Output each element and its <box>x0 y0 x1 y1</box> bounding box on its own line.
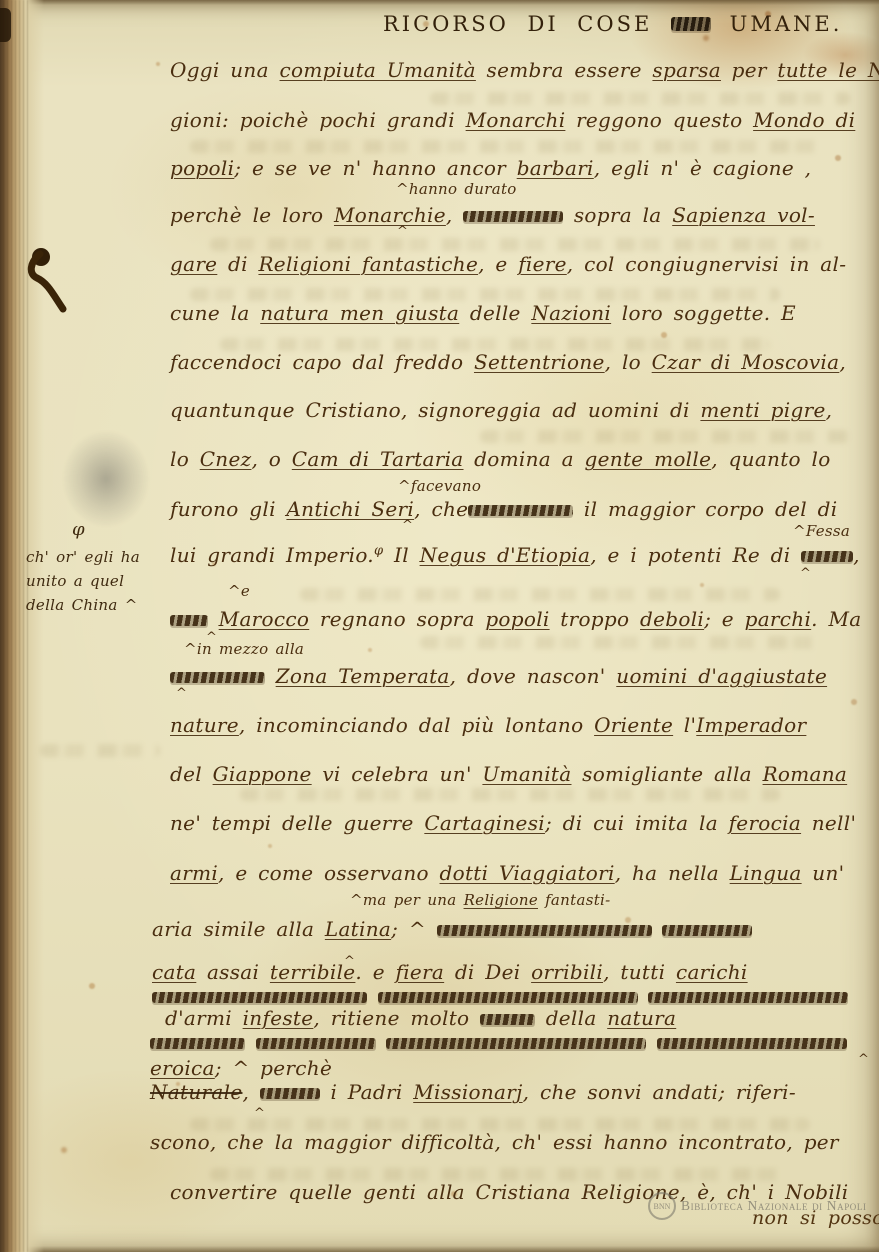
underlined-text: orribili <box>531 960 603 984</box>
text-run: lo <box>170 447 200 471</box>
interline-insertion: ^in mezzo alla <box>184 640 304 658</box>
text-run: ^ <box>397 224 408 239</box>
text-run: ^ <box>800 566 811 581</box>
text-run: , <box>853 543 860 567</box>
text-run: , <box>242 1080 259 1104</box>
text-run: un' <box>802 861 845 885</box>
caret-mark: ^ <box>176 686 187 702</box>
strikeout-scribble <box>152 992 367 1003</box>
manuscript-line: quantunque Cristiano, signoreggia ad uom… <box>170 398 832 422</box>
text-run <box>376 1030 387 1054</box>
text-run: perchè le loro <box>170 203 334 227</box>
manuscript-line: scono, che la maggior difficoltà, ch' es… <box>150 1130 839 1154</box>
manuscript-line: Naturale, i Padri Missionarj, che sonvi … <box>150 1080 796 1104</box>
manuscript-line: Zona Temperata, dove nascon' uomini d'ag… <box>170 664 827 688</box>
ghost-showthrough <box>240 788 780 801</box>
manuscript-line: armi, e come osservano dotti Viaggiatori… <box>170 861 844 885</box>
text-run: . Ma <box>811 607 861 631</box>
text-run <box>208 607 219 631</box>
library-watermark: BNN Biblioteca Nazionale di Napoli <box>648 1192 867 1220</box>
underlined-text: Cnez <box>200 447 252 471</box>
interline-insertion: ^e <box>228 582 250 600</box>
text-run <box>646 1030 657 1054</box>
text-run: del <box>170 762 213 786</box>
text-run: Il <box>383 543 419 567</box>
text-run: troppo <box>550 607 640 631</box>
ghost-showthrough <box>190 288 780 301</box>
text-run: aria simile alla <box>152 917 325 941</box>
text-run: , lo <box>605 350 652 374</box>
text-run: , e <box>478 252 518 276</box>
underlined-text: natura <box>607 1006 676 1030</box>
text-run: quantunque Cristiano, signoreggia ad uom… <box>170 398 700 422</box>
manuscript-line: nature, incominciando dal più lontano Or… <box>170 713 806 737</box>
text-run: ne' tempi delle guerre <box>170 811 424 835</box>
underlined-text: Oriente <box>594 713 673 737</box>
manuscript-line: faccendoci capo dal freddo Settentrione,… <box>170 350 846 374</box>
text-run: ch' or' egli ha <box>26 548 140 566</box>
text-run: sopra la <box>563 203 672 227</box>
text-run: gioni: poichè pochi grandi <box>170 108 466 132</box>
underlined-text: parchi <box>745 607 812 631</box>
strikeout-scribble <box>437 925 652 936</box>
underlined-text: Zona Temperata <box>276 664 450 688</box>
graphite-smudge <box>62 430 150 528</box>
text-run: , o <box>251 447 291 471</box>
page-bottom-edge <box>0 1246 879 1252</box>
underlined-text: Giappone <box>213 762 312 786</box>
text-run <box>265 664 276 688</box>
underlined-text: Missionarj <box>413 1080 522 1104</box>
foxing-spots <box>0 0 4 4</box>
text-run: ^in mezzo alla <box>184 640 304 658</box>
strikeout-scribble <box>480 1014 535 1025</box>
text-run: delle <box>459 301 531 325</box>
underlined-text: natura men giusta <box>260 301 459 325</box>
strikeout-scribble <box>150 1038 245 1049</box>
text-run: , col congiugnervisi in al- <box>567 252 847 276</box>
underlined-text: Antichi Seri <box>286 497 414 521</box>
struck-text: Naturale <box>150 1080 242 1104</box>
text-run: regnano sopra <box>309 607 485 631</box>
text-run: sembra essere <box>476 58 653 82</box>
underlined-text: fiera <box>396 960 445 984</box>
underlined-text: gente molle <box>585 447 712 471</box>
margin-phi: φ <box>72 519 85 541</box>
text-run: φ <box>72 519 85 540</box>
manuscript-line: gare di Religioni fantastiche, e fiere, … <box>170 252 846 276</box>
text-run: loro soggette. E <box>611 301 796 325</box>
underlined-text: eroica <box>150 1056 215 1080</box>
strikeout-scribble <box>801 551 853 562</box>
underlined-text: Umanità <box>482 762 571 786</box>
text-run: , dove nascon' <box>450 664 617 688</box>
ink-blot <box>26 246 78 330</box>
text-run: per <box>721 58 777 82</box>
text-run: , e i potenti Re di <box>590 543 801 567</box>
text-run: , quanto lo <box>711 447 830 471</box>
underlined-text: carichi <box>676 960 748 984</box>
manuscript-line: cune la natura men giusta delle Nazioni … <box>170 301 796 325</box>
manuscript-line: furono gli Antichi Seri, che il maggior … <box>170 497 837 521</box>
manuscript-line: d'armi infeste, ritiene molto della natu… <box>165 1006 676 1030</box>
margin-note: ch' or' egli ha <box>26 548 140 566</box>
strikeout-scribble <box>657 1038 847 1049</box>
underlined-text: Nazioni <box>531 301 611 325</box>
text-run <box>245 1030 256 1054</box>
underlined-text: Religione <box>464 891 538 909</box>
corner-mark <box>0 8 11 42</box>
underlined-text: dotti Viaggiatori <box>440 861 615 885</box>
text-run: ^ <box>402 518 413 533</box>
page-title: RICORSO DI COSE UMANE. <box>383 12 842 37</box>
text-run: ^e <box>228 582 250 600</box>
underlined-text: uomini d'aggiustate <box>616 664 827 688</box>
text-run: , ritiene molto <box>313 1006 480 1030</box>
text-run: UMANE. <box>711 12 842 36</box>
underlined-text: deboli <box>640 607 704 631</box>
page-top-edge <box>0 0 879 5</box>
strikeout-scribble <box>378 992 638 1003</box>
caret-mark: ^ <box>254 1106 265 1122</box>
text-run: di Dei <box>444 960 531 984</box>
underlined-text: armi <box>170 861 218 885</box>
strikeout-scribble <box>463 211 563 222</box>
margin-note: unito a quel <box>26 572 124 590</box>
underlined-text: Religioni fantastiche <box>258 252 478 276</box>
underlined-text: menti pigre <box>700 398 825 422</box>
underlined-text: Lingua <box>730 861 802 885</box>
page-edge-striations <box>3 0 29 1252</box>
ghost-showthrough <box>190 140 820 153</box>
underlined-text: Cam di Tartaria <box>292 447 464 471</box>
text-run: , ha nella <box>615 861 730 885</box>
strikeout-scribble <box>671 17 711 31</box>
interline-insertion: ^facevano <box>398 477 481 495</box>
text-run: assai <box>196 960 270 984</box>
strikeout-scribble <box>170 672 265 683</box>
text-run: ^ma per una <box>350 891 464 909</box>
text-run: ^ <box>254 1106 265 1121</box>
underlined-text: sparsa <box>652 58 721 82</box>
text-run: d'armi <box>165 1006 243 1030</box>
text-run: domina a <box>464 447 585 471</box>
watermark-logo-icon: BNN <box>648 1192 676 1220</box>
underlined-text: fiere <box>518 252 567 276</box>
manuscript-line: aria simile alla Latina; ^ <box>152 917 752 941</box>
ghost-showthrough <box>40 744 160 757</box>
ghost-showthrough <box>430 92 850 105</box>
text-run: , che <box>414 497 468 521</box>
underlined-text: Settentrione <box>474 350 605 374</box>
text-run: fantasti- <box>538 891 611 909</box>
manuscript-line: cata assai terribile. e fiera di Dei orr… <box>152 960 748 984</box>
underlined-text: Romana <box>763 762 848 786</box>
text-run: ^facevano <box>398 477 481 495</box>
manuscript-line: Oggi una compiuta Umanità sembra essere … <box>170 58 879 82</box>
text-run: , che sonvi andati; riferi- <box>523 1080 796 1104</box>
text-run: cune la <box>170 301 260 325</box>
text-run: , <box>826 398 833 422</box>
margin-note: della China ^ <box>26 596 138 614</box>
text-run: , tutti <box>603 960 676 984</box>
watermark-text: Biblioteca Nazionale di Napoli <box>681 1198 867 1214</box>
underlined-text: ferocia <box>729 811 801 835</box>
underlined-text: Latina <box>325 917 391 941</box>
text-run: unito a quel <box>26 572 124 590</box>
text-run: ; ^ <box>391 917 436 941</box>
text-run: somigliante alla <box>572 762 763 786</box>
text-run: della China ^ <box>26 596 138 614</box>
text-run: φ <box>374 543 383 558</box>
underlined-text: Marocco <box>219 607 310 631</box>
text-run: ; e se ve n' hanno ancor <box>234 156 516 180</box>
manuscript-line: lui grandi Imperio.φ Il Negus d'Etiopia,… <box>170 543 860 567</box>
manuscript-line <box>150 1030 847 1054</box>
strikeout-scribble <box>468 505 573 516</box>
strikeout-scribble <box>648 992 848 1003</box>
underlined-text: infeste <box>243 1006 314 1030</box>
underlined-text: compiuta Umanità <box>280 58 476 82</box>
ghost-showthrough <box>300 588 780 601</box>
underlined-text: gare <box>170 252 217 276</box>
text-run: . e <box>355 960 395 984</box>
text-run: di <box>217 252 258 276</box>
text-run: faccendoci capo dal freddo <box>170 350 474 374</box>
underlined-text: popoli <box>170 156 234 180</box>
underlined-text: Monarchie <box>334 203 446 227</box>
text-run: ^ <box>176 686 187 701</box>
text-run: vi celebra un' <box>312 762 483 786</box>
interline-insertion: ^ma per una Religione fantasti- <box>350 891 611 909</box>
manuscript-line: lo Cnez, o Cam di Tartaria domina a gent… <box>170 447 831 471</box>
strikeout-scribble <box>260 1088 320 1099</box>
text-run: , incominciando dal più lontano <box>239 713 594 737</box>
text-run: scono, che la maggior difficoltà, ch' es… <box>150 1130 839 1154</box>
manuscript-line: eroica; ^ perchè <box>150 1056 332 1080</box>
manuscript-line <box>152 984 848 1008</box>
text-run: reggono questo <box>565 108 753 132</box>
manuscript-line: popoli; e se ve n' hanno ancor barbari, … <box>170 156 811 180</box>
manuscript-line: ne' tempi delle guerre Cartaginesi; di c… <box>170 811 856 835</box>
underlined-text: popoli <box>485 607 549 631</box>
caret-mark: ^ <box>397 224 408 240</box>
caret-mark: ^ <box>800 566 811 582</box>
text-run: nell' <box>801 811 856 835</box>
text-run: ; di cui imita la <box>545 811 729 835</box>
underlined-text: Monarchi <box>466 108 566 132</box>
text-run: ^hanno durato <box>396 180 517 198</box>
text-run: ; ^ perchè <box>215 1056 332 1080</box>
underlined-text: terribile <box>270 960 356 984</box>
underlined-text: Sapienza vol- <box>672 203 815 227</box>
underlined-text: Imperador <box>696 713 806 737</box>
ghost-showthrough <box>210 238 820 251</box>
manuscript-line: perchè le loro Monarchie, sopra la Sapie… <box>170 203 815 227</box>
text-run: furono gli <box>170 497 286 521</box>
ghost-showthrough <box>420 636 820 649</box>
text-run: ; e <box>704 607 745 631</box>
text-run: RICORSO DI COSE <box>383 12 671 36</box>
text-run: , egli n' è cagione , <box>594 156 812 180</box>
text-run: , <box>446 203 463 227</box>
strikeout-scribble <box>256 1038 376 1049</box>
manuscript-page: RICORSO DI COSE UMANE.Oggi una compiuta … <box>0 0 879 1252</box>
text-run <box>367 984 378 1008</box>
underlined-text: Czar di Moscovia <box>652 350 840 374</box>
text-run: i Padri <box>320 1080 413 1104</box>
text-run <box>638 984 649 1008</box>
text-run: , e come osservano <box>218 861 439 885</box>
caret-mark: ^ <box>402 518 413 534</box>
underlined-text: nature <box>170 713 239 737</box>
underlined-text: Negus d'Etiopia <box>420 543 591 567</box>
text-run: della <box>535 1006 607 1030</box>
underlined-text: Mondo di <box>753 108 855 132</box>
manuscript-line: gioni: poichè pochi grandi Monarchi regg… <box>170 108 855 132</box>
text-run: il maggior corpo del di <box>573 497 837 521</box>
text-run: Oggi una <box>170 58 280 82</box>
text-run: ^Fessa <box>793 522 850 540</box>
underlined-text: Cartaginesi <box>424 811 545 835</box>
text-run: l' <box>673 713 696 737</box>
text-run <box>652 917 663 941</box>
underlined-text: tutte le Na- <box>777 58 879 82</box>
strikeout-scribble <box>170 615 208 626</box>
text-run: ^ <box>858 1052 869 1067</box>
caret-mark: ^ <box>858 1052 869 1068</box>
text-run: lui grandi Imperio. <box>170 543 374 567</box>
manuscript-line: del Giappone vi celebra un' Umanità somi… <box>170 762 847 786</box>
manuscript-line: Marocco regnano sopra popoli troppo debo… <box>170 607 862 631</box>
underlined-text: cata <box>152 960 196 984</box>
interline-insertion: ^Fessa <box>793 522 850 540</box>
interline-insertion: ^hanno durato <box>396 180 517 198</box>
underlined-text: barbari <box>517 156 594 180</box>
strikeout-scribble <box>662 925 752 936</box>
text-run: , <box>839 350 846 374</box>
ghost-showthrough <box>480 430 850 443</box>
strikeout-scribble <box>386 1038 646 1049</box>
